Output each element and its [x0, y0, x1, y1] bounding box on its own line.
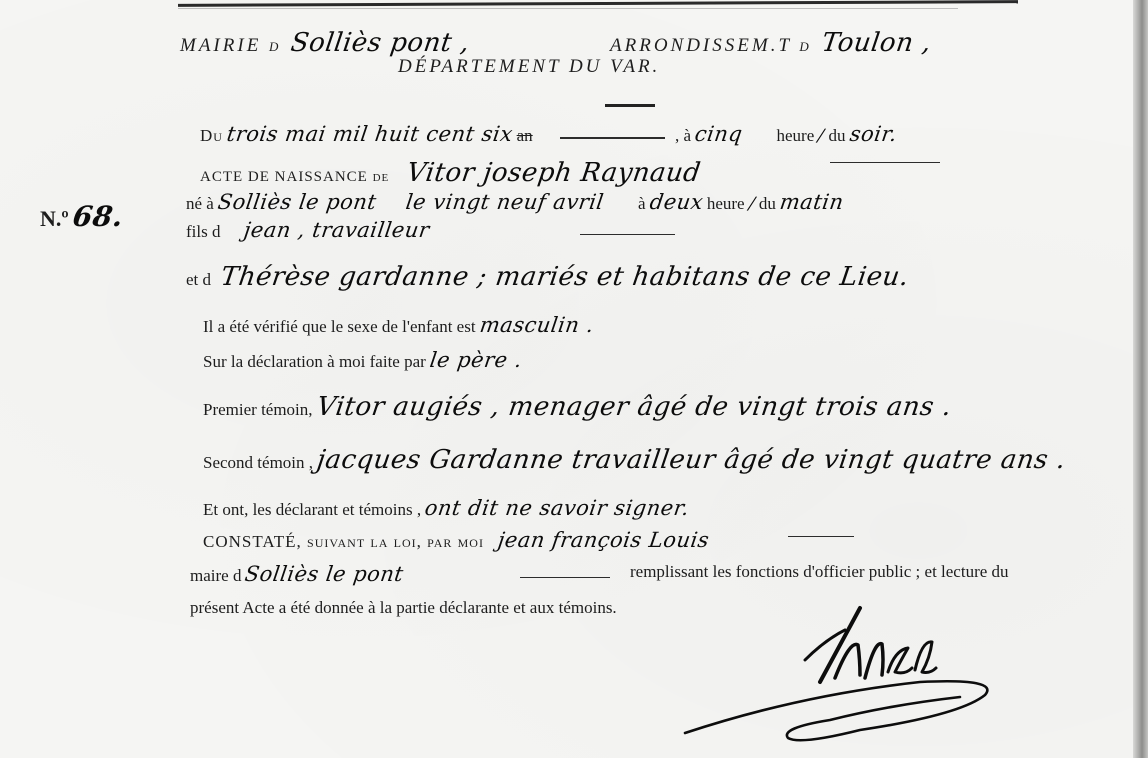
line-mother: et d Thérèse gardanne ; mariés et habita… [186, 262, 909, 292]
line-witness-2: Second témoin , jacques Gardanne travail… [203, 445, 1066, 475]
mairie-label: MAIRIE d [180, 35, 281, 56]
time-heure: heure [777, 126, 815, 145]
page-binding-edge [1133, 0, 1148, 758]
born-du: du [759, 194, 776, 213]
sex-text: Il a été vérifié que le sexe de l'enfant… [203, 317, 476, 336]
officer-name: jean françois Louis [496, 528, 711, 552]
born-date: le vingt neuf avril [405, 190, 606, 214]
et-prefix: et d [186, 270, 211, 289]
witness2-value: jacques Gardanne travailleur âgé de ving… [315, 445, 1068, 475]
maire-place: Solliès le pont [244, 562, 406, 586]
arrondissement-value: Toulon , [820, 28, 933, 58]
born-heure: heure [707, 194, 745, 213]
line-signing: Et ont, les déclarant et témoins , ont d… [203, 496, 689, 520]
declaration-text: Sur la déclaration à moi faite par [203, 352, 426, 371]
line-sex: Il a été vérifié que le sexe de l'enfant… [203, 313, 593, 337]
mairie-value: Solliès pont , [289, 28, 472, 58]
header-arrondissement: ARRONDISSEM.T d Toulon , [610, 28, 931, 58]
time-prefix: , à [675, 126, 691, 145]
header-mairie: MAIRIE d Solliès pont , [180, 28, 470, 58]
departement-label: DÉPARTEMENT DU VAR. [398, 56, 660, 78]
born-place: Solliès le pont [216, 190, 378, 214]
born-at: à [638, 194, 646, 213]
entry-number-label: N.º [40, 206, 69, 231]
top-border-rule [178, 0, 1018, 7]
line-time: , à cinq heure / du soir. [675, 122, 897, 146]
born-prefix: né à [186, 194, 214, 213]
time-period: soir. [848, 122, 898, 146]
time-value: cinq [693, 122, 744, 146]
fill-dash [788, 536, 854, 537]
line-maire: maire d Solliès le pont [190, 562, 404, 586]
father-name: jean , travailleur [243, 218, 432, 242]
officer-signature [660, 600, 1000, 750]
born-hour: deux [648, 190, 705, 214]
line-witness-1: Premier témoin, Vitor augiés , menager â… [203, 392, 951, 422]
acte-label: ACTE DE NAISSANCE de [200, 169, 389, 185]
fill-dash [580, 234, 675, 235]
line-declaration: Sur la déclaration à moi faite par le pè… [203, 348, 522, 372]
mother-name: Thérèse gardanne ; mariés et habitans de… [219, 262, 911, 292]
maire-suffix: remplissant les fonctions d'officier pub… [630, 562, 1009, 582]
sex-value: masculin . [478, 313, 595, 337]
fils-prefix: fils d [186, 222, 220, 241]
top-border-thin-rule [178, 8, 958, 9]
signature-flourish-icon [660, 600, 1000, 750]
child-name: Vitor joseph Raynaud [405, 158, 703, 188]
fill-dash [560, 137, 665, 139]
sign-label: Et ont, les déclarant et témoins , [203, 500, 421, 519]
line-born: né à Solliès le pont le vingt neuf avril… [186, 190, 843, 214]
fill-dash [830, 162, 940, 163]
date-an: an [517, 126, 533, 145]
date-value: trois mai mil huit cent six [225, 122, 514, 146]
witness1-label: Premier témoin, [203, 400, 313, 419]
entry-number-value: 68. [70, 200, 125, 233]
line-acte: ACTE DE NAISSANCE de Vitor joseph Raynau… [200, 158, 701, 188]
time-du: du [829, 126, 846, 145]
arrondissement-label: ARRONDISSEM.T d [610, 35, 812, 56]
line-date: Du trois mai mil huit cent six an [200, 122, 533, 146]
date-prefix: Du [200, 126, 223, 145]
witness1-value: Vitor augiés , menager âgé de vingt troi… [314, 392, 953, 422]
line-father: fils d jean , travailleur [186, 218, 430, 242]
register-page: MAIRIE d Solliès pont , ARRONDISSEM.T d … [0, 0, 1148, 758]
header-separator [605, 104, 655, 107]
line-constate: CONSTATÉ, suivant la loi, par moi jean f… [203, 528, 709, 552]
closing-text: présent Acte a été donnée à la partie dé… [190, 598, 617, 618]
maire-prefix: maire d [190, 566, 241, 585]
born-period: matin [778, 190, 845, 214]
declaration-value: le père . [428, 348, 523, 372]
constate-label: CONSTATÉ, suivant la loi, par moi [203, 532, 484, 551]
witness2-label: Second témoin , [203, 453, 313, 472]
entry-number: N.º 68. [40, 200, 123, 233]
sign-value: ont dit ne savoir signer. [423, 496, 691, 520]
fill-dash [520, 577, 610, 578]
